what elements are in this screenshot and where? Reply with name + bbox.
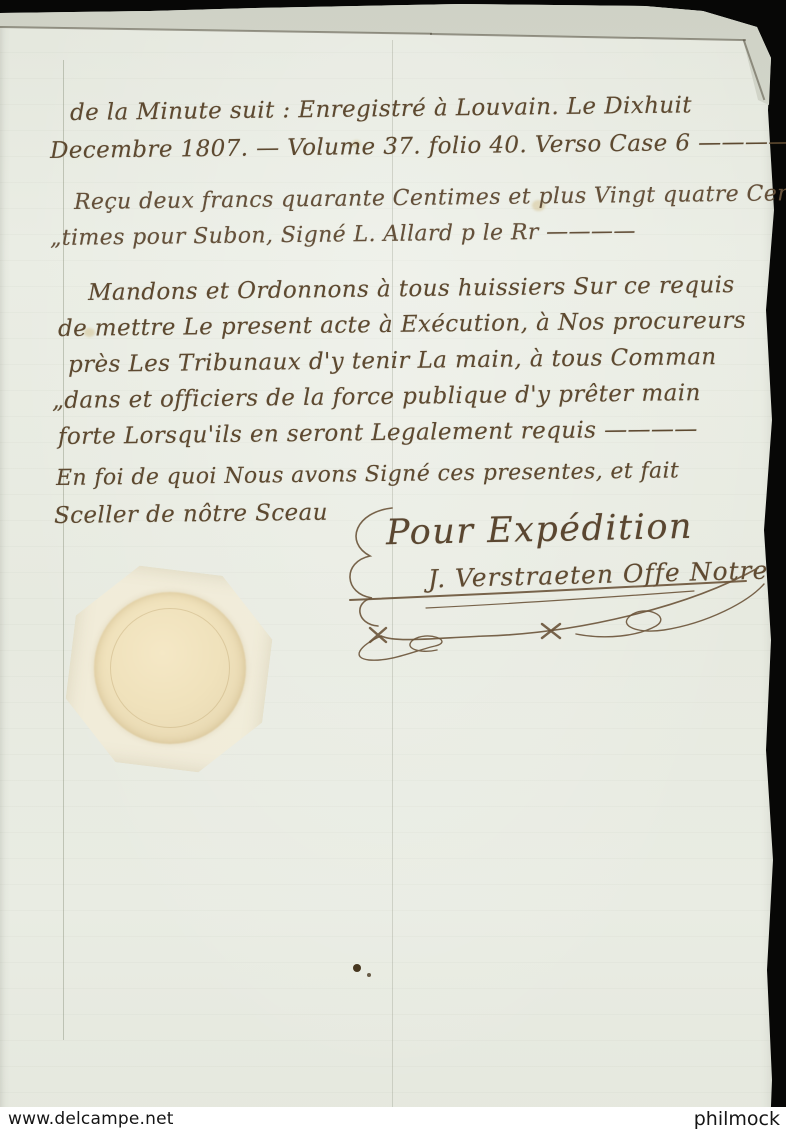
scanned-document-photo: { "document": { "kind": "handwritten Fre…	[0, 0, 786, 1131]
delcampe-watermark-text: www.delcampe.net	[8, 1109, 174, 1129]
watermark-bar: www.delcampe.net philmock	[0, 1107, 786, 1131]
ink-speck	[353, 964, 361, 972]
manuscript-line: Sceller de nôtre Sceau	[54, 500, 328, 529]
philmock-watermark-text: philmock	[694, 1108, 780, 1130]
margin-rule-line	[63, 60, 64, 1040]
seal-inner-ring	[110, 608, 230, 728]
signature-paraph-flourish	[326, 498, 786, 663]
ink-speck	[367, 973, 371, 977]
paper-seal	[70, 570, 268, 768]
